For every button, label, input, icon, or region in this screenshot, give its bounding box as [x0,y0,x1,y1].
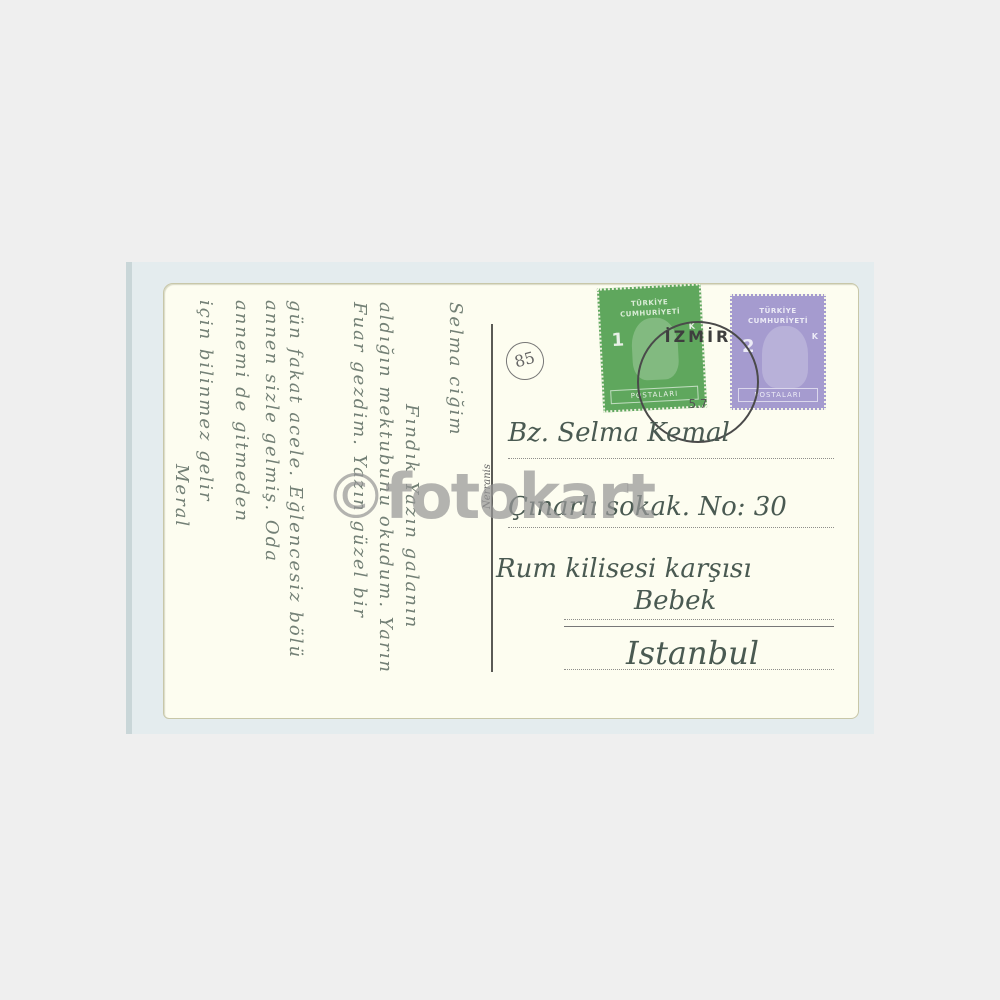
stamp-value: 1 [611,329,625,351]
message-line: annemi de gitmeden [231,300,252,523]
recipient-name: Bz. Selma Kemal [508,418,730,448]
postmark-date: 5.7 [639,397,757,411]
address-rule [564,619,834,620]
stamp-country: TÜRKİYE CUMHURİYETİ [599,295,700,320]
address-district: Bebek [634,586,716,616]
message-line: Selma ciğim [445,302,466,436]
address-landmark: Rum kilisesi karşısı [496,554,752,584]
address-city: Istanbul [626,634,759,672]
message-line: için bilinmez gelir [195,300,216,503]
stamp-country: TÜRKİYE CUMHURİYETİ [732,306,824,326]
circled-number-mark: 85 [502,338,549,385]
message-line: gün fakat acele. Eğlencesiz bölü [285,300,306,659]
watermark: ©fotokart [325,460,654,533]
address-rule [508,458,834,459]
watermark-text: fotokart [385,460,654,533]
portrait-icon [762,326,808,388]
address-rule [564,626,834,627]
scan-edge [126,262,132,734]
stamp-unit: K [812,332,818,341]
postmark-city: İZMİR [639,327,757,346]
signature: Meral [171,464,192,528]
copyright-icon: © [325,460,385,533]
message-line: annen sizle gelmiş. Oda [261,300,282,563]
